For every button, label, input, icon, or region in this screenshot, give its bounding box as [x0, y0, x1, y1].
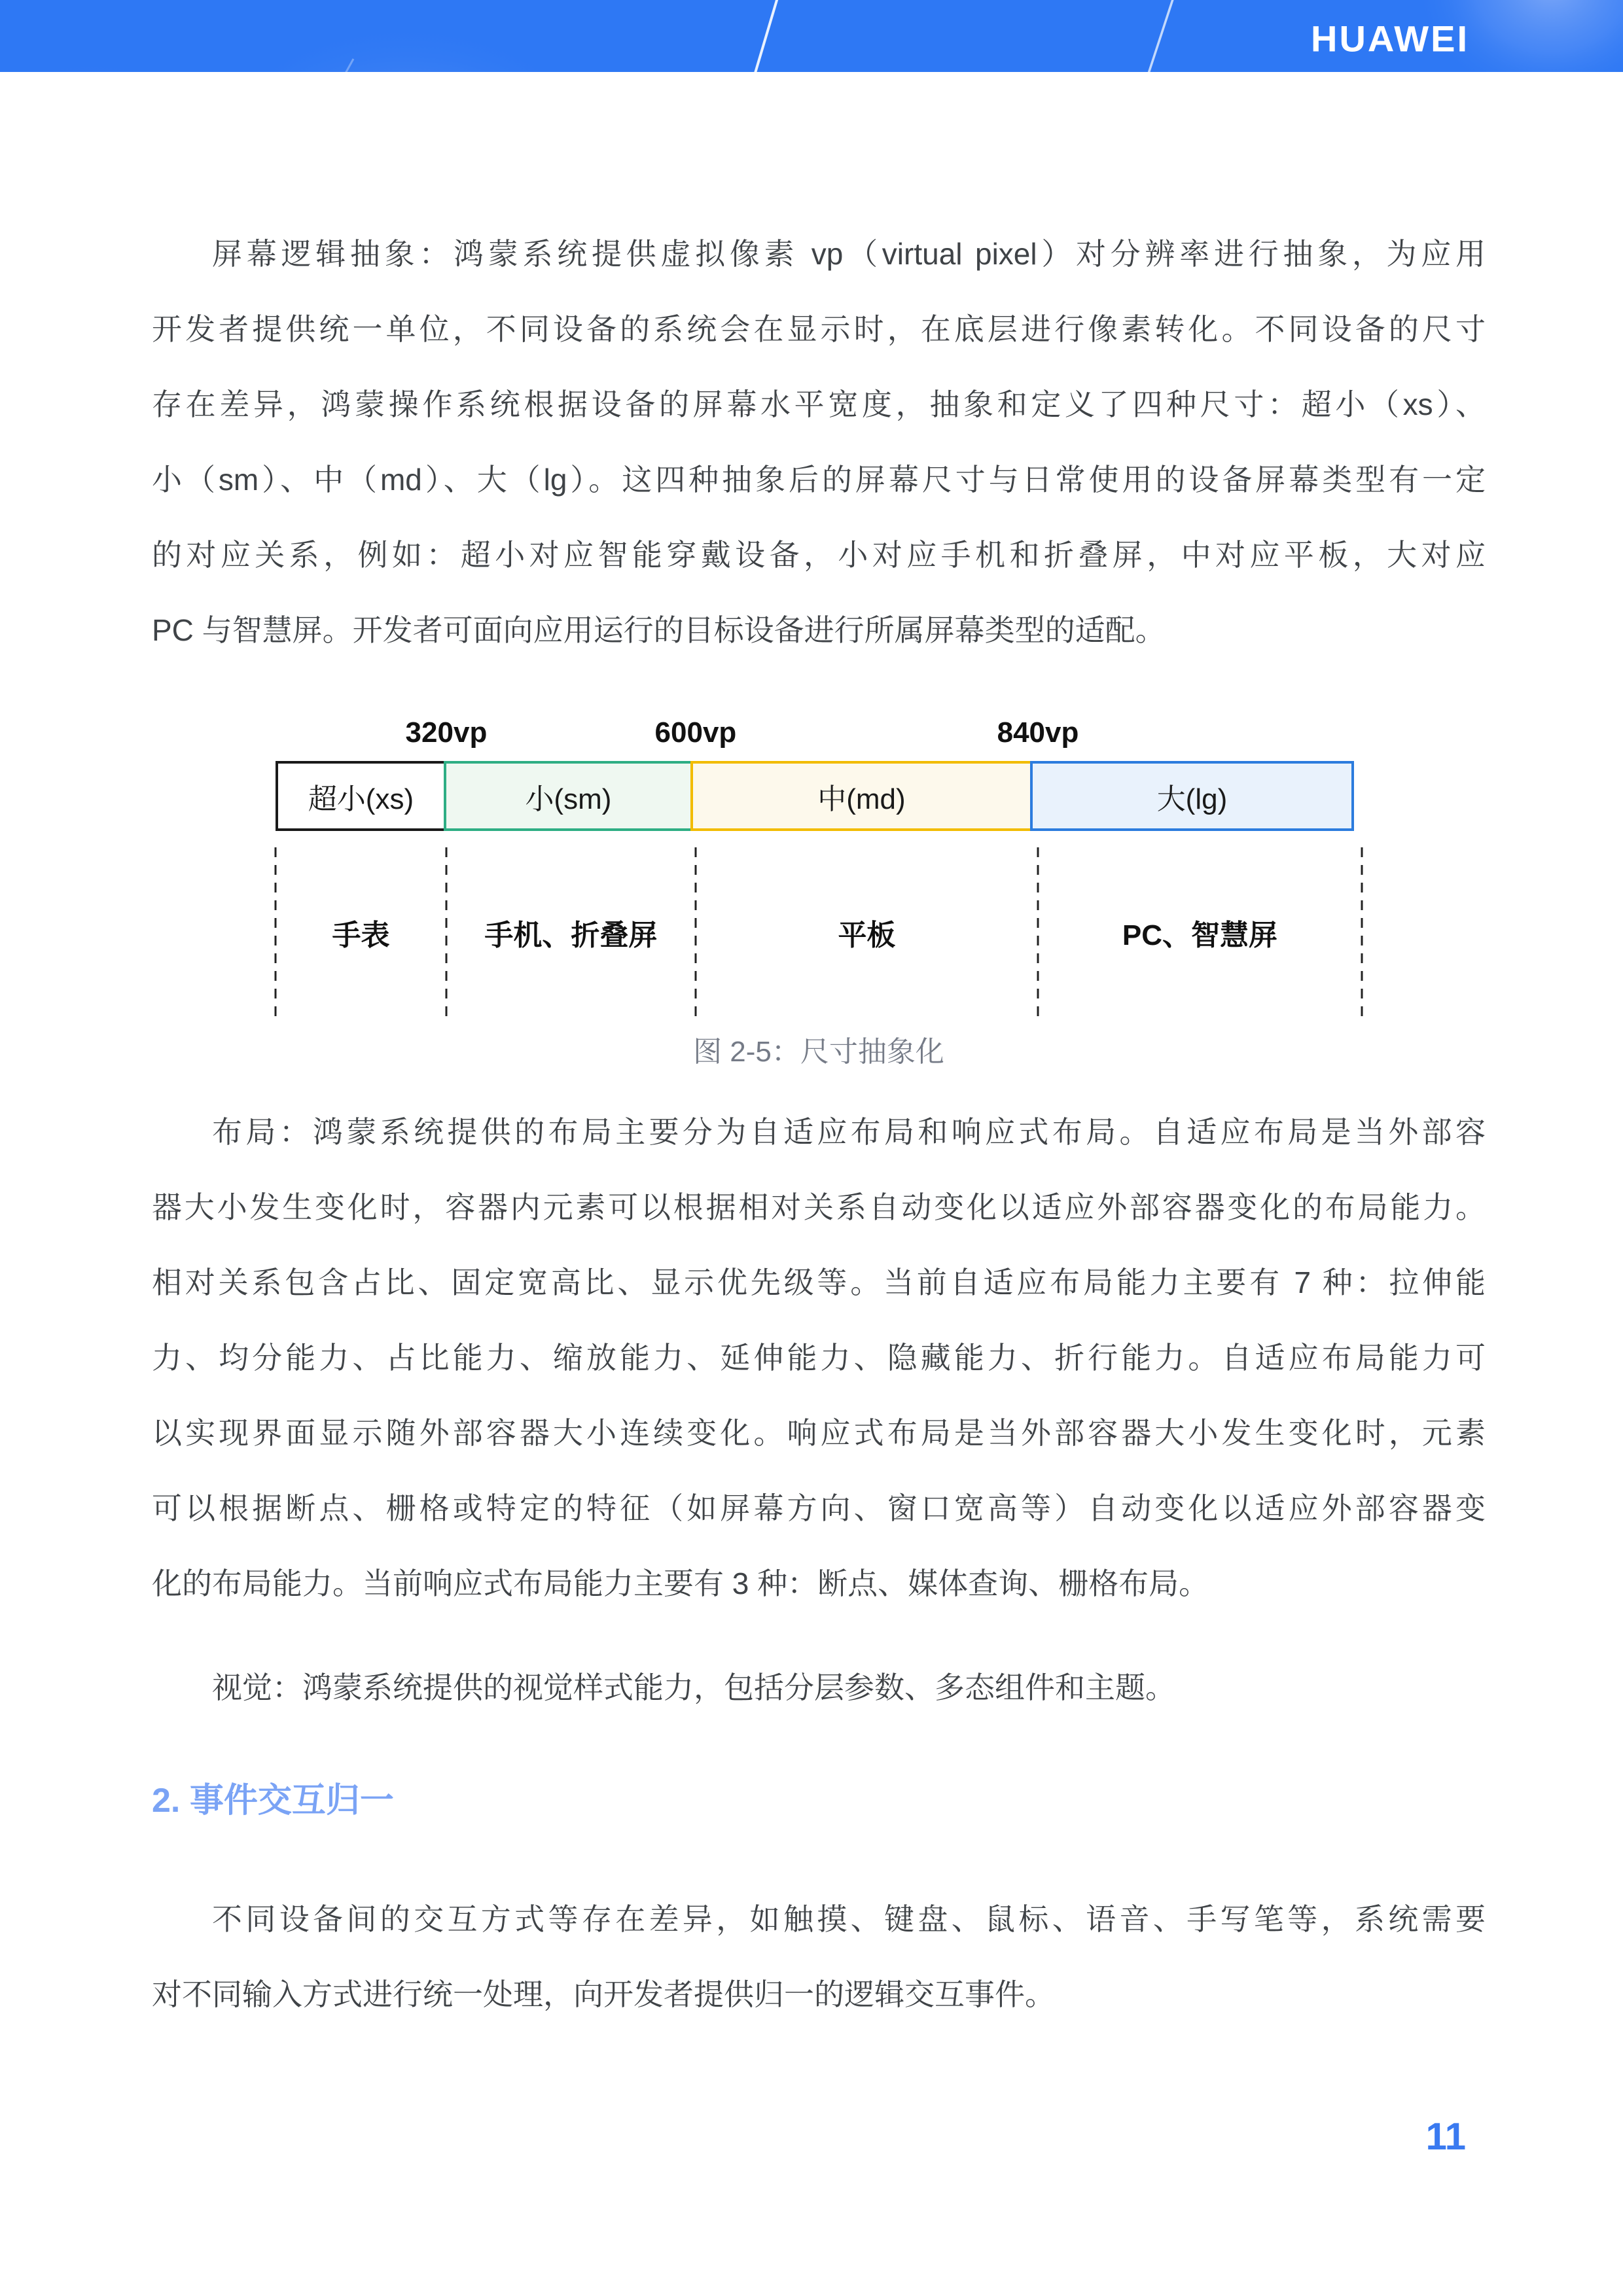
text-line: 对不同输入方式进行统一处理，向开发者提供归一的逻辑交互事件。	[152, 1957, 1486, 2032]
dashed-divider	[275, 847, 277, 1017]
text-line: 视觉：鸿蒙系统提供的视觉样式能力，包括分层参数、多态组件和主题。	[152, 1650, 1486, 1725]
paragraph-visual: 视觉：鸿蒙系统提供的视觉样式能力，包括分层参数、多态组件和主题。	[152, 1650, 1486, 1725]
document-body: 屏幕逻辑抽象：鸿蒙系统提供虚拟像素 vp（virtual pixel）对分辨率进…	[0, 217, 1623, 2032]
device-label-2: 平板	[696, 911, 1038, 953]
header-bar: HUAWEI	[0, 0, 1623, 72]
paragraph-screen-abstraction: 屏幕逻辑抽象：鸿蒙系统提供虚拟像素 vp（virtual pixel）对分辨率进…	[152, 217, 1486, 668]
dashed-divider	[1037, 847, 1039, 1017]
device-label-1: 手机、折叠屏	[446, 911, 696, 953]
text-line: 的对应关系，例如：超小对应智能穿戴设备，小对应手机和折叠屏，中对应平板，大对应	[152, 518, 1486, 593]
text-line: 器大小发生变化时，容器内元素可以根据相对关系自动变化以适应外部容器变化的布局能力…	[152, 1170, 1486, 1245]
figure-breakpoint-row: 320vp600vp840vp	[276, 716, 1362, 749]
text-line: 以实现界面显示随外部容器大小连续变化。响应式布局是当外部容器大小发生变化时，元素	[152, 1396, 1486, 1471]
figure-device-row: 手表手机、折叠屏平板PC、智慧屏	[276, 847, 1362, 1017]
text-line: 布局：鸿蒙系统提供的布局主要分为自适应布局和响应式布局。自适应布局是当外部容	[152, 1095, 1486, 1170]
device-label-0: 手表	[276, 911, 446, 953]
text-line: 小（sm）、中（md）、大（lg）。这四种抽象后的屏幕尺寸与日常使用的设备屏幕类…	[152, 442, 1486, 518]
text-line: 可以根据断点、栅格或特定的特征（如屏幕方向、窗口宽高等）自动变化以适应外部容器变	[152, 1471, 1486, 1546]
figure-size-abstraction: 320vp600vp840vp 超小(xs)小(sm)中(md)大(lg) 手表…	[276, 716, 1362, 1070]
text-line: 存在差异，鸿蒙操作系统根据设备的屏幕水平宽度，抽象和定义了四种尺寸：超小（xs）…	[152, 367, 1486, 442]
device-label-3: PC、智慧屏	[1038, 911, 1362, 953]
size-box-1: 小(sm)	[444, 761, 693, 831]
dashed-divider	[1361, 847, 1363, 1017]
text-line: 相对关系包含占比、固定宽高比、显示优先级等。当前自适应布局能力主要有 7 种：拉…	[152, 1245, 1486, 1320]
size-box-3: 大(lg)	[1030, 761, 1354, 831]
text-line: 不同设备间的交互方式等存在差异，如触摸、键盘、鼠标、语音、手写笔等，系统需要	[152, 1882, 1486, 1957]
figure-caption: 图 2-5：尺寸抽象化	[276, 1034, 1362, 1070]
text-line: 力、均分能力、占比能力、缩放能力、延伸能力、隐藏能力、折行能力。自适应布局能力可	[152, 1320, 1486, 1396]
breakpoint-label-2: 840vp	[997, 716, 1079, 749]
text-line: PC 与智慧屏。开发者可面向应用运行的目标设备进行所属屏幕类型的适配。	[152, 593, 1486, 668]
dashed-divider	[445, 847, 447, 1017]
paragraph-interaction: 不同设备间的交互方式等存在差异，如触摸、键盘、鼠标、语音、手写笔等，系统需要对不…	[152, 1882, 1486, 2032]
section-heading-event-interaction: 2. 事件交互归一	[152, 1776, 1486, 1826]
dashed-divider	[694, 847, 696, 1017]
paragraph-layout: 布局：鸿蒙系统提供的布局主要分为自适应布局和响应式布局。自适应布局是当外部容器大…	[152, 1095, 1486, 1621]
page-number: 11	[1426, 2115, 1466, 2159]
text-line: 开发者提供统一单位，不同设备的系统会在显示时，在底层进行像素转化。不同设备的尺寸	[152, 292, 1486, 367]
text-line: 化的布局能力。当前响应式布局能力主要有 3 种：断点、媒体查询、栅格布局。	[152, 1546, 1486, 1621]
figure-size-row: 超小(xs)小(sm)中(md)大(lg)	[276, 761, 1362, 831]
size-box-2: 中(md)	[690, 761, 1033, 831]
breakpoint-label-0: 320vp	[406, 716, 488, 749]
text-line: 屏幕逻辑抽象：鸿蒙系统提供虚拟像素 vp（virtual pixel）对分辨率进…	[152, 217, 1486, 292]
breakpoint-label-1: 600vp	[655, 716, 737, 749]
huawei-logo: HUAWEI	[1311, 17, 1469, 60]
size-box-0: 超小(xs)	[276, 761, 446, 831]
